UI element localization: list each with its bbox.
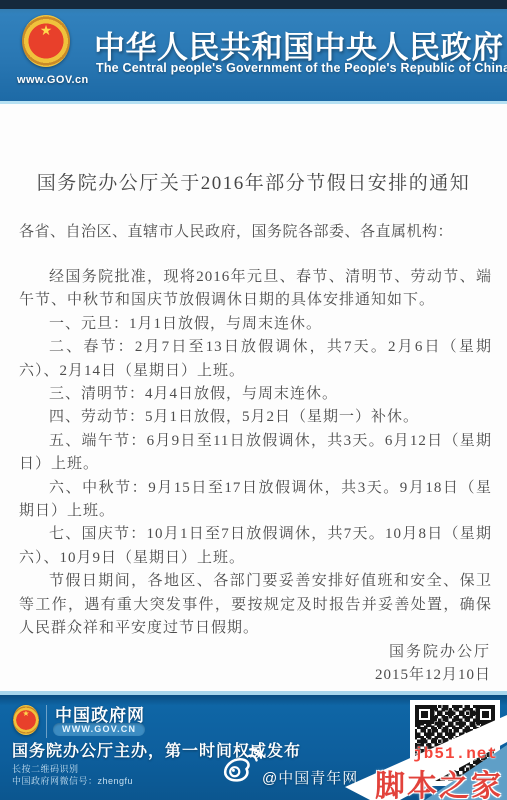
site-url-label[interactable]: www.GOV.cn [17, 74, 75, 86]
notice-paragraph: 四、劳动节：5月1日放假，5月2日（星期一）补休。 [19, 406, 492, 429]
site-footer: 中国政府网 WWW.GOV.CN 国务院办公厅主办，第一时间权威发布 长按二维码… [0, 695, 507, 800]
notice-salutation: 各省、自治区、直辖市人民政府，国务院各部委、各直属机构： [19, 220, 493, 241]
site-header: www.GOV.cn 中华人民共和国中央人民政府 The Central peo… [0, 0, 507, 104]
watermark-name-label: 脚本之家 [375, 761, 503, 800]
notice-title: 国务院办公厅关于2016年部分节假日安排的通知 [10, 168, 497, 195]
notice-paragraph: 经国务院批准，现将2016年元旦、春节、清明节、劳动节、端午节、中秋节和国庆节放… [19, 266, 492, 313]
site-subtitle: The Central people's Government of the P… [96, 61, 496, 75]
notice-body: 经国务院批准，现将2016年元旦、春节、清明节、劳动节、端午节、中秋节和国庆节放… [19, 266, 492, 641]
notice-paragraph: 三、清明节：4月4日放假，与周末连休。 [19, 383, 492, 406]
header-top-strip [0, 0, 507, 9]
notice-paragraph: 节假日期间，各地区、各部门要妥善安排好值班和安全、保卫等工作，遇有重大突发事件，… [19, 570, 492, 640]
signature-block: 国务院办公厅 2015年12月10日 [0, 641, 491, 688]
notice-document: 国务院办公厅关于2016年部分节假日安排的通知 各省、自治区、直辖市人民政府，国… [0, 104, 507, 691]
notice-paragraph: 一、元旦：1月1日放假，与周末连休。 [19, 313, 492, 336]
signature-date: 2015年12月10日 [0, 664, 491, 687]
signature-org: 国务院办公厅 [0, 641, 491, 664]
notice-paragraph: 五、端午节：6月9日至11日放假调休，共3天。6月12日（星期日）上班。 [19, 430, 492, 477]
notice-paragraph: 二、春节：2月7日至13日放假调休，共7天。2月6日（星期六）、2月14日（星期… [19, 336, 492, 383]
notice-paragraph: 六、中秋节：9月15日至17日放假调休，共3天。9月18日（星期日）上班。 [19, 477, 492, 524]
notice-paragraph: 七、国庆节：10月1日至7日放假调休，共7天。10月8日（星期六）、10月9日（… [19, 523, 492, 570]
national-emblem-icon[interactable] [22, 15, 70, 67]
page: { "header": { "site_title": "中华人民共和国中央人民… [0, 0, 507, 800]
